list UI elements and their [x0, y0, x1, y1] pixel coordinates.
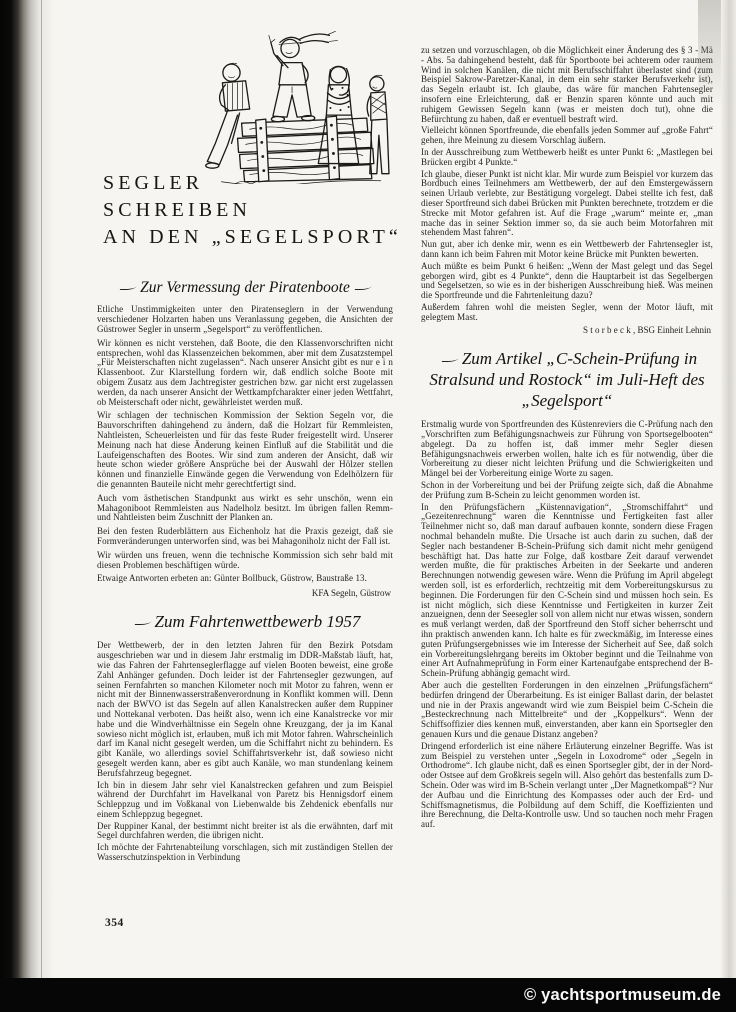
paragraph: Ich glaube, dieser Punkt ist nicht klar.…	[421, 170, 713, 239]
watermark-bar: © yachtsportmuseum.de	[0, 978, 736, 1012]
article-fahrtenwettbewerb-continued: zu setzen und vorzuschlagen, ob die Mögl…	[421, 46, 713, 323]
article-body: Etliche Unstimmigkeiten unter den Pirate…	[97, 305, 393, 584]
paragraph: Etliche Unstimmigkeiten unter den Pirate…	[97, 305, 393, 334]
article-signature: S t o r b e c k , BSG Einheit Lehnin	[421, 325, 711, 336]
watermark-text: © yachtsportmuseum.de	[524, 986, 721, 1005]
column-right: zu setzen und vorzuschlagen, ob die Mögl…	[421, 46, 713, 832]
scanned-magazine-page: SEGLER SCHREIBEN AN DEN „SEGELSPORT“ Zur…	[0, 0, 736, 1012]
article-piratenboote: Zur Vermessung der Piratenboote Etliche …	[97, 278, 393, 599]
cartoon-illustration	[179, 22, 393, 184]
paragraph: Der Ruppiner Kanal, der bestimmt nicht b…	[97, 822, 393, 842]
page-title-line: AN DEN „SEGELSPORT“	[103, 224, 402, 251]
paragraph: Bei den festen Ruderblättern aus Eichenh…	[97, 527, 393, 547]
paragraph: Auch vom ästhetischen Standpunkt aus wir…	[97, 494, 393, 523]
paragraph: In der Ausschreibung zum Wettbewerb heiß…	[421, 148, 713, 168]
paragraph: Vielleicht können Sportfreunde, die eben…	[421, 126, 713, 146]
page-title-line: SCHREIBEN	[103, 197, 402, 224]
paragraph: Wir können es nicht verstehen, daß Boote…	[97, 339, 393, 408]
heading-flourish	[354, 284, 373, 290]
article-signature: KFA Segeln, Güstrow	[97, 588, 391, 599]
paragraph: In den Prüfungsfächern „Küstennavigation…	[421, 503, 713, 679]
paragraph: Wir würden uns freuen, wenn die technisc…	[97, 551, 393, 571]
paragraph: Ich bin in diesem Jahr sehr viel Kanalst…	[97, 781, 393, 820]
page-header: SEGLER SCHREIBEN AN DEN „SEGELSPORT“	[97, 20, 393, 268]
paragraph: Etwaige Antworten erbeten an: Günter Bol…	[97, 574, 393, 584]
article-body: Der Wettbewerb, der in den letzten Jahre…	[97, 641, 393, 863]
book-spine-shadow	[0, 0, 54, 1012]
standing-man-figure	[367, 75, 389, 173]
paragraph: Der Wettbewerb, der in den letzten Jahre…	[97, 641, 393, 778]
paragraph: Außerdem fahren wohl die meisten Segler,…	[421, 303, 713, 323]
heading-flourish	[441, 356, 460, 362]
paragraph: Schon in der Vorbereitung und bei der Pr…	[421, 481, 713, 501]
page-title-line: SEGLER	[103, 170, 402, 197]
column-left: SEGLER SCHREIBEN AN DEN „SEGELSPORT“ Zur…	[97, 20, 393, 865]
paragraph: Auch müßte es beim Punkt 6 heißen: „Wenn…	[421, 262, 713, 301]
article-heading: Zur Vermessung der Piratenboote	[97, 278, 393, 297]
paragraph: Nun gut, aber ich denke mir, wenn es ein…	[421, 240, 713, 260]
heading-flourish	[134, 619, 153, 625]
article-fahrtenwettbewerb: Zum Fahrtenwettbewerb 1957 Der Wettbewer…	[97, 611, 393, 863]
paragraph: Wir schlagen der technischen Kommission …	[97, 411, 393, 489]
page-title: SEGLER SCHREIBEN AN DEN „SEGELSPORT“	[103, 170, 402, 251]
article-heading: Zum Fahrtenwettbewerb 1957	[103, 611, 387, 632]
paragraph: Erstmalig wurde von Sportfreunden des Kü…	[421, 420, 713, 479]
paragraph: Dringend erforderlich ist eine nähere Er…	[421, 742, 713, 830]
heading-flourish	[119, 284, 138, 290]
article-c-schein-pruefung: Zum Artikel „C-Schein-Prüfung in Stralsu…	[421, 348, 713, 830]
article-body: Erstmalig wurde von Sportfreunden des Kü…	[421, 420, 713, 830]
page-number: 354	[105, 917, 124, 929]
page-edge-right	[721, 0, 736, 1012]
paragraph: Ich möchte der Fahrtenabteilung vorschla…	[97, 843, 393, 863]
article-heading: Zum Artikel „C-Schein-Prüfung in Stralsu…	[427, 348, 707, 412]
paragraph: Aber auch die gestellten Forderungen in …	[421, 681, 713, 740]
paragraph: zu setzen und vorzuschlagen, ob die Mögl…	[421, 46, 713, 124]
